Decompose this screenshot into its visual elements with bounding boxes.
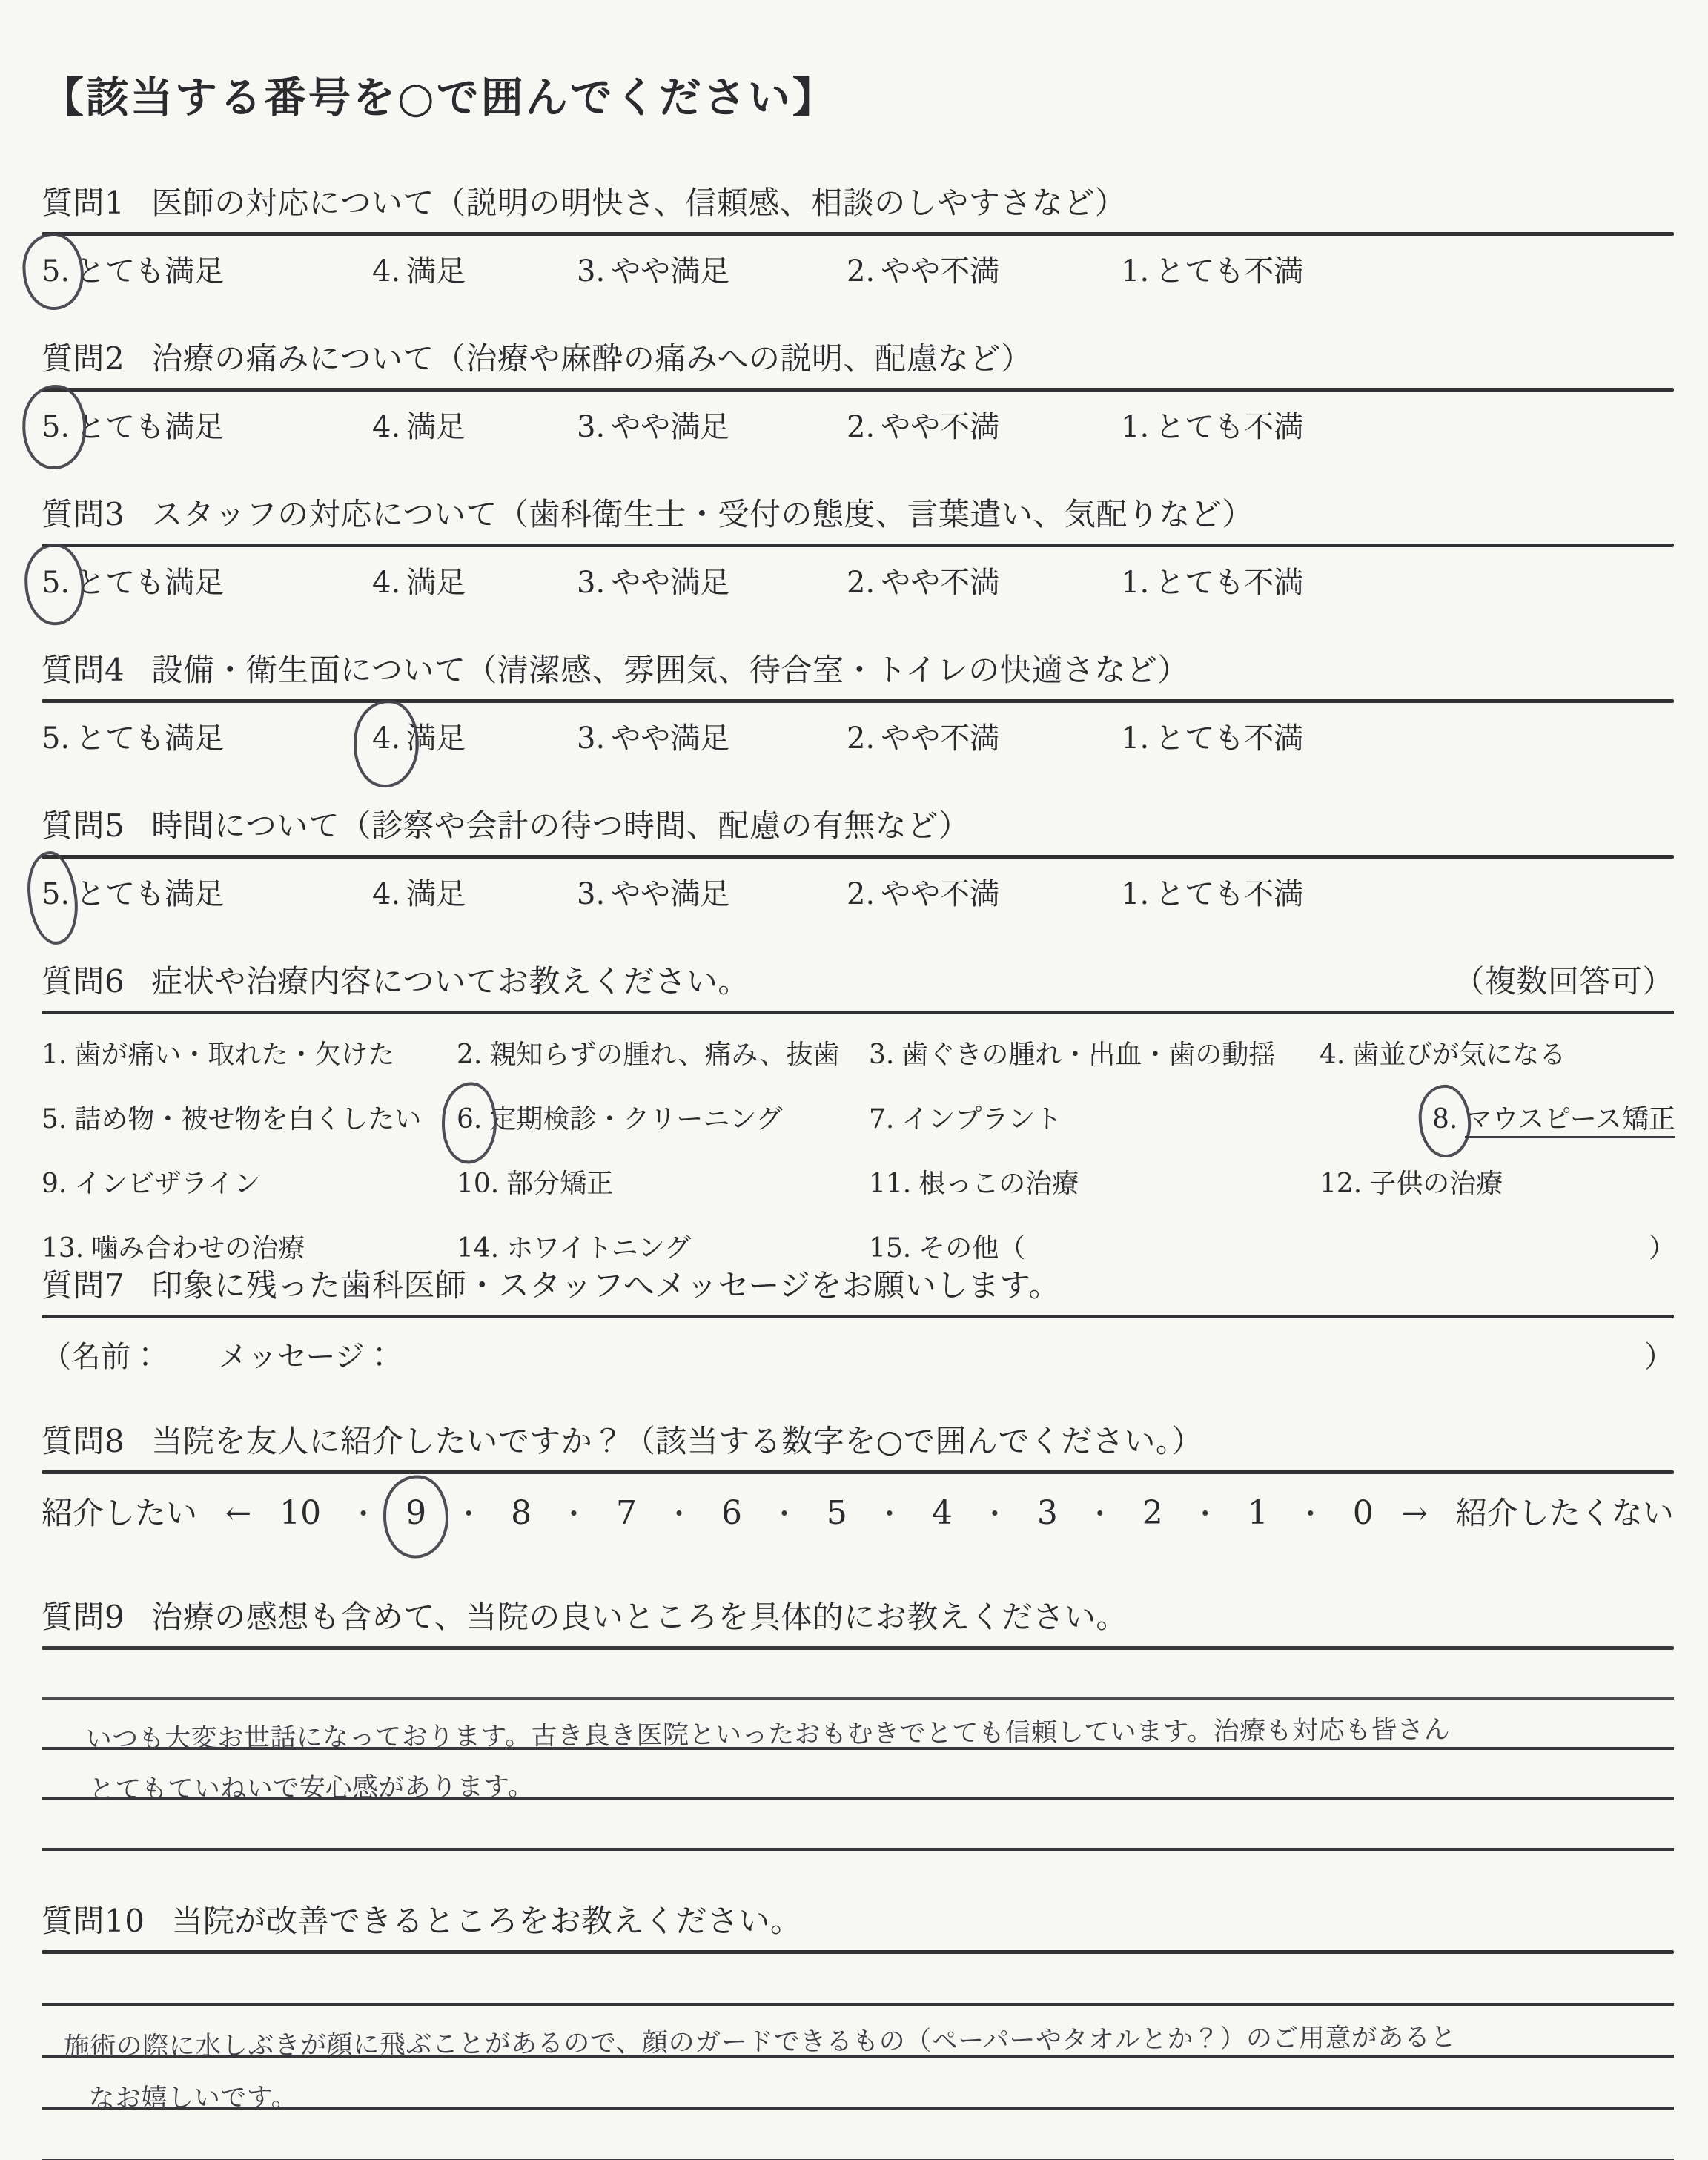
question-10-answer-area: 施術の際に水しぶきが顔に飛ぶことがあるので、顔のガードできるもの（ペーパーやタオ…	[42, 1954, 1674, 2160]
option-1: 1.とても不満	[1121, 559, 1674, 601]
handwritten-text: いつも大変お世話になっております。古き良き医院といったおもむきでとても信頼してい…	[86, 1709, 1451, 1756]
rule	[42, 1470, 1674, 1474]
question-3-options: 5.とても満足 4.満足 3.やや満足 2.やや不満 1.とても不満	[42, 559, 1674, 601]
question-10-number: 質問10	[42, 1903, 145, 1939]
answer-rule-row: なお嬉しいです。	[42, 2058, 1674, 2110]
scale-separator: ・	[665, 1491, 693, 1532]
scale-separator: ・	[1297, 1491, 1325, 1532]
question-10-title: 質問10当院が改善できるところをお教えください。	[42, 1897, 1674, 1941]
option-1: 1.とても不満	[1121, 403, 1674, 446]
option-3: 3.やや満足	[577, 871, 847, 913]
question-4-number: 質問4	[42, 652, 125, 688]
question-7-title: 質問7印象に残った歯科医師・スタッフへメッセージをお願いします。	[42, 1261, 1674, 1306]
scale-separator: ・	[349, 1491, 377, 1532]
option-1: 1.とても不満	[1121, 871, 1674, 913]
scale-2: 2	[1142, 1494, 1163, 1532]
question-8-title: 質問8当院を友人に紹介したいですか？（該当する数字を○で囲んでください。）	[42, 1417, 1674, 1462]
q7-name-label: （名前：	[42, 1333, 218, 1375]
page-title: 【該当する番号を○で囲んでください】	[42, 64, 1674, 125]
q6-item-8: 8.マウスピース矯正	[1432, 1098, 1675, 1136]
question-2: 質問2治療の痛みについて（治療や麻酔の痛みへの説明、配慮など） 5.とても満足 …	[42, 334, 1674, 446]
question-5-options: 5.とても満足 4.満足 3.やや満足 2.やや不満 1.とても不満	[42, 871, 1674, 913]
scale-separator: ・	[875, 1491, 904, 1532]
question-7-answer-line: （名前： メッセージ： ）	[42, 1333, 1674, 1375]
handwritten-text: 施術の際に水しぶきが顔に飛ぶことがあるので、顔のガードできるもの（ペーパーやタオ…	[64, 2017, 1457, 2064]
q6-item-2: 2.親知らずの腫れ、痛み、抜歯	[457, 1034, 869, 1071]
q7-close-paren: ）	[1644, 1333, 1674, 1375]
option-5: 5.とても満足	[42, 559, 372, 601]
q6-item-7: 7.インプラント	[869, 1098, 1320, 1136]
scale-separator: ・	[1191, 1491, 1219, 1532]
question-8-number: 質問8	[42, 1423, 125, 1459]
option-1: 1.とても不満	[1121, 715, 1674, 757]
rule	[42, 1315, 1674, 1318]
option-3: 3.やや満足	[577, 559, 847, 601]
q6-item-9: 9.インビザライン	[42, 1163, 457, 1200]
scale-0: 0	[1353, 1494, 1374, 1532]
scale-10: 10	[279, 1494, 321, 1532]
scale-7: 7	[616, 1494, 637, 1532]
scale-8: 8	[511, 1494, 532, 1532]
q6-item-5: 5.詰め物・被せ物を白くしたい	[42, 1098, 457, 1136]
q6-item-14: 14.ホワイトニング	[457, 1227, 869, 1265]
scale-separator: ・	[981, 1491, 1009, 1532]
question-3: 質問3スタッフの対応について（歯科衛生士・受付の態度、言葉遣い、気配りなど） 5…	[42, 490, 1674, 601]
question-6-title: 質問6症状や治療内容についてお教えください。	[42, 957, 749, 1002]
rule	[42, 1011, 1674, 1014]
question-2-options: 5.とても満足 4.満足 3.やや満足 2.やや不満 1.とても不満	[42, 403, 1674, 446]
option-5: 5.とても満足	[42, 715, 372, 757]
answer-rule-row: 施術の際に水しぶきが顔に飛ぶことがあるので、顔のガードできるもの（ペーパーやタオ…	[42, 2006, 1674, 2058]
q8-left-label: 紹介したい	[42, 1489, 197, 1533]
option-3: 3.やや満足	[577, 403, 847, 446]
option-3: 3.やや満足	[577, 248, 847, 290]
question-2-title: 質問2治療の痛みについて（治療や麻酔の痛みへの説明、配慮など）	[42, 334, 1674, 379]
question-5-number: 質問5	[42, 807, 125, 844]
question-6-note: （複数回答可）	[1453, 957, 1674, 1002]
question-9-title: 質問9治療の感想も含めて、当院の良いところを具体的にお教えください。	[42, 1593, 1674, 1637]
question-3-number: 質問3	[42, 496, 125, 532]
question-9-number: 質問9	[42, 1599, 125, 1635]
question-4: 質問4設備・衛生面について（清潔感、雰囲気、待合室・トイレの快適さなど） 5.と…	[42, 646, 1674, 757]
option-2: 2.やや不満	[847, 248, 1121, 290]
q6-item-10: 10.部分矯正	[457, 1163, 869, 1200]
survey-sheet: 【該当する番号を○で囲んでください】 質問1医師の対応について（説明の明快さ、信…	[0, 0, 1708, 2160]
option-4: 4.満足	[372, 403, 577, 446]
question-6-number: 質問6	[42, 963, 125, 1000]
question-6: 質問6症状や治療内容についてお教えください。 （複数回答可） 1.歯が痛い・取れ…	[42, 957, 1674, 1265]
option-1: 1.とても不満	[1121, 248, 1674, 290]
scale-1: 1	[1248, 1494, 1268, 1532]
question-4-options: 5.とても満足 4.満足 3.やや満足 2.やや不満 1.とても不満	[42, 715, 1674, 757]
q8-right-label: 紹介したくない	[1456, 1489, 1674, 1533]
q6-item-13: 13.噛み合わせの治療	[42, 1227, 457, 1265]
scale-9: 9	[406, 1494, 426, 1532]
option-4: 4.満足	[372, 248, 577, 290]
answer-rule-row: とてもていねいで安心感があります。	[42, 1750, 1674, 1800]
answer-rule-row: いつも大変お世話になっております。古き良き医院といったおもむきでとても信頼してい…	[42, 1700, 1674, 1750]
answer-rule-row	[42, 2110, 1674, 2160]
rule	[42, 699, 1674, 703]
option-5: 5.とても満足	[42, 403, 372, 446]
question-1: 質問1医師の対応について（説明の明快さ、信頼感、相談のしやすさなど） 5.とても…	[42, 179, 1674, 290]
q6-item-12: 12.子供の治療	[1320, 1163, 1675, 1200]
rule	[42, 232, 1674, 236]
scale-3: 3	[1037, 1494, 1058, 1532]
q6-item-4: 4.歯並びが気になる	[1320, 1034, 1675, 1071]
question-7: 質問7印象に残った歯科医師・スタッフへメッセージをお願いします。 （名前： メッ…	[42, 1261, 1674, 1375]
question-1-number: 質問1	[42, 185, 125, 221]
q6-item-6: 6.定期検診・クリーニング	[457, 1098, 869, 1136]
question-2-number: 質問2	[42, 340, 125, 377]
arrow-left-icon: ←	[225, 1495, 251, 1531]
option-2: 2.やや不満	[847, 871, 1121, 913]
rule	[42, 855, 1674, 859]
question-4-title: 質問4設備・衛生面について（清潔感、雰囲気、待合室・トイレの快適さなど）	[42, 646, 1674, 690]
q6-item-3: 3.歯ぐきの腫れ・出血・歯の動揺	[869, 1034, 1320, 1071]
q6-item-1: 1.歯が痛い・取れた・欠けた	[42, 1034, 457, 1071]
answer-rule-row	[42, 1954, 1674, 2006]
answer-rule-row	[42, 1650, 1674, 1700]
q7-message-label: メッセージ：	[218, 1333, 1644, 1375]
question-9-answer-area: いつも大変お世話になっております。古き良き医院といったおもむきでとても信頼してい…	[42, 1650, 1674, 1851]
question-8-scale: 紹介したい ← 10 ・ 9 ・ 8 ・ 7 ・ 6 ・ 5 ・ 4 ・ 3 ・…	[42, 1489, 1674, 1533]
option-3: 3.やや満足	[577, 715, 847, 757]
arrow-right-icon: →	[1402, 1495, 1428, 1531]
option-2: 2.やや不満	[847, 403, 1121, 446]
rule	[42, 388, 1674, 392]
option-5: 5.とても満足	[42, 248, 372, 290]
question-5-title: 質問5時間について（診察や会計の待つ時間、配慮の有無など）	[42, 802, 1674, 846]
option-4: 4.満足	[372, 559, 577, 601]
q6-other-close-paren: ）	[1649, 1227, 1675, 1265]
answer-rule-row	[42, 1800, 1674, 1851]
option-4: 4.満足	[372, 715, 577, 757]
question-6-items: 1.歯が痛い・取れた・欠けた 2.親知らずの腫れ、痛み、抜歯 3.歯ぐきの腫れ・…	[42, 1034, 1674, 1265]
scale-separator: ・	[560, 1491, 588, 1532]
question-1-title: 質問1医師の対応について（説明の明快さ、信頼感、相談のしやすさなど）	[42, 179, 1674, 223]
option-2: 2.やや不満	[847, 715, 1121, 757]
q6-item-15: 15.その他（	[869, 1227, 1320, 1265]
scale-separator: ・	[1086, 1491, 1114, 1532]
question-7-number: 質問7	[42, 1267, 125, 1304]
scale-separator: ・	[770, 1491, 798, 1532]
option-4: 4.満足	[372, 871, 577, 913]
question-8: 質問8当院を友人に紹介したいですか？（該当する数字を○で囲んでください。） 紹介…	[42, 1417, 1674, 1533]
scale-6: 6	[721, 1494, 742, 1532]
question-9: 質問9治療の感想も含めて、当院の良いところを具体的にお教えください。 いつも大変…	[42, 1593, 1674, 1851]
question-1-options: 5.とても満足 4.満足 3.やや満足 2.やや不満 1.とても不満	[42, 248, 1674, 290]
option-5: 5.とても満足	[42, 871, 372, 913]
question-10: 質問10当院が改善できるところをお教えください。 施術の際に水しぶきが顔に飛ぶこ…	[42, 1897, 1674, 2160]
scale-5: 5	[827, 1494, 847, 1532]
question-5: 質問5時間について（診察や会計の待つ時間、配慮の有無など） 5.とても満足 4.…	[42, 802, 1674, 913]
question-3-title: 質問3スタッフの対応について（歯科衛生士・受付の態度、言葉遣い、気配りなど）	[42, 490, 1674, 535]
scale-4: 4	[932, 1494, 953, 1532]
scale-separator: ・	[454, 1491, 483, 1532]
option-2: 2.やや不満	[847, 559, 1121, 601]
q6-item-11: 11.根っこの治療	[869, 1163, 1320, 1200]
rule	[42, 544, 1674, 547]
